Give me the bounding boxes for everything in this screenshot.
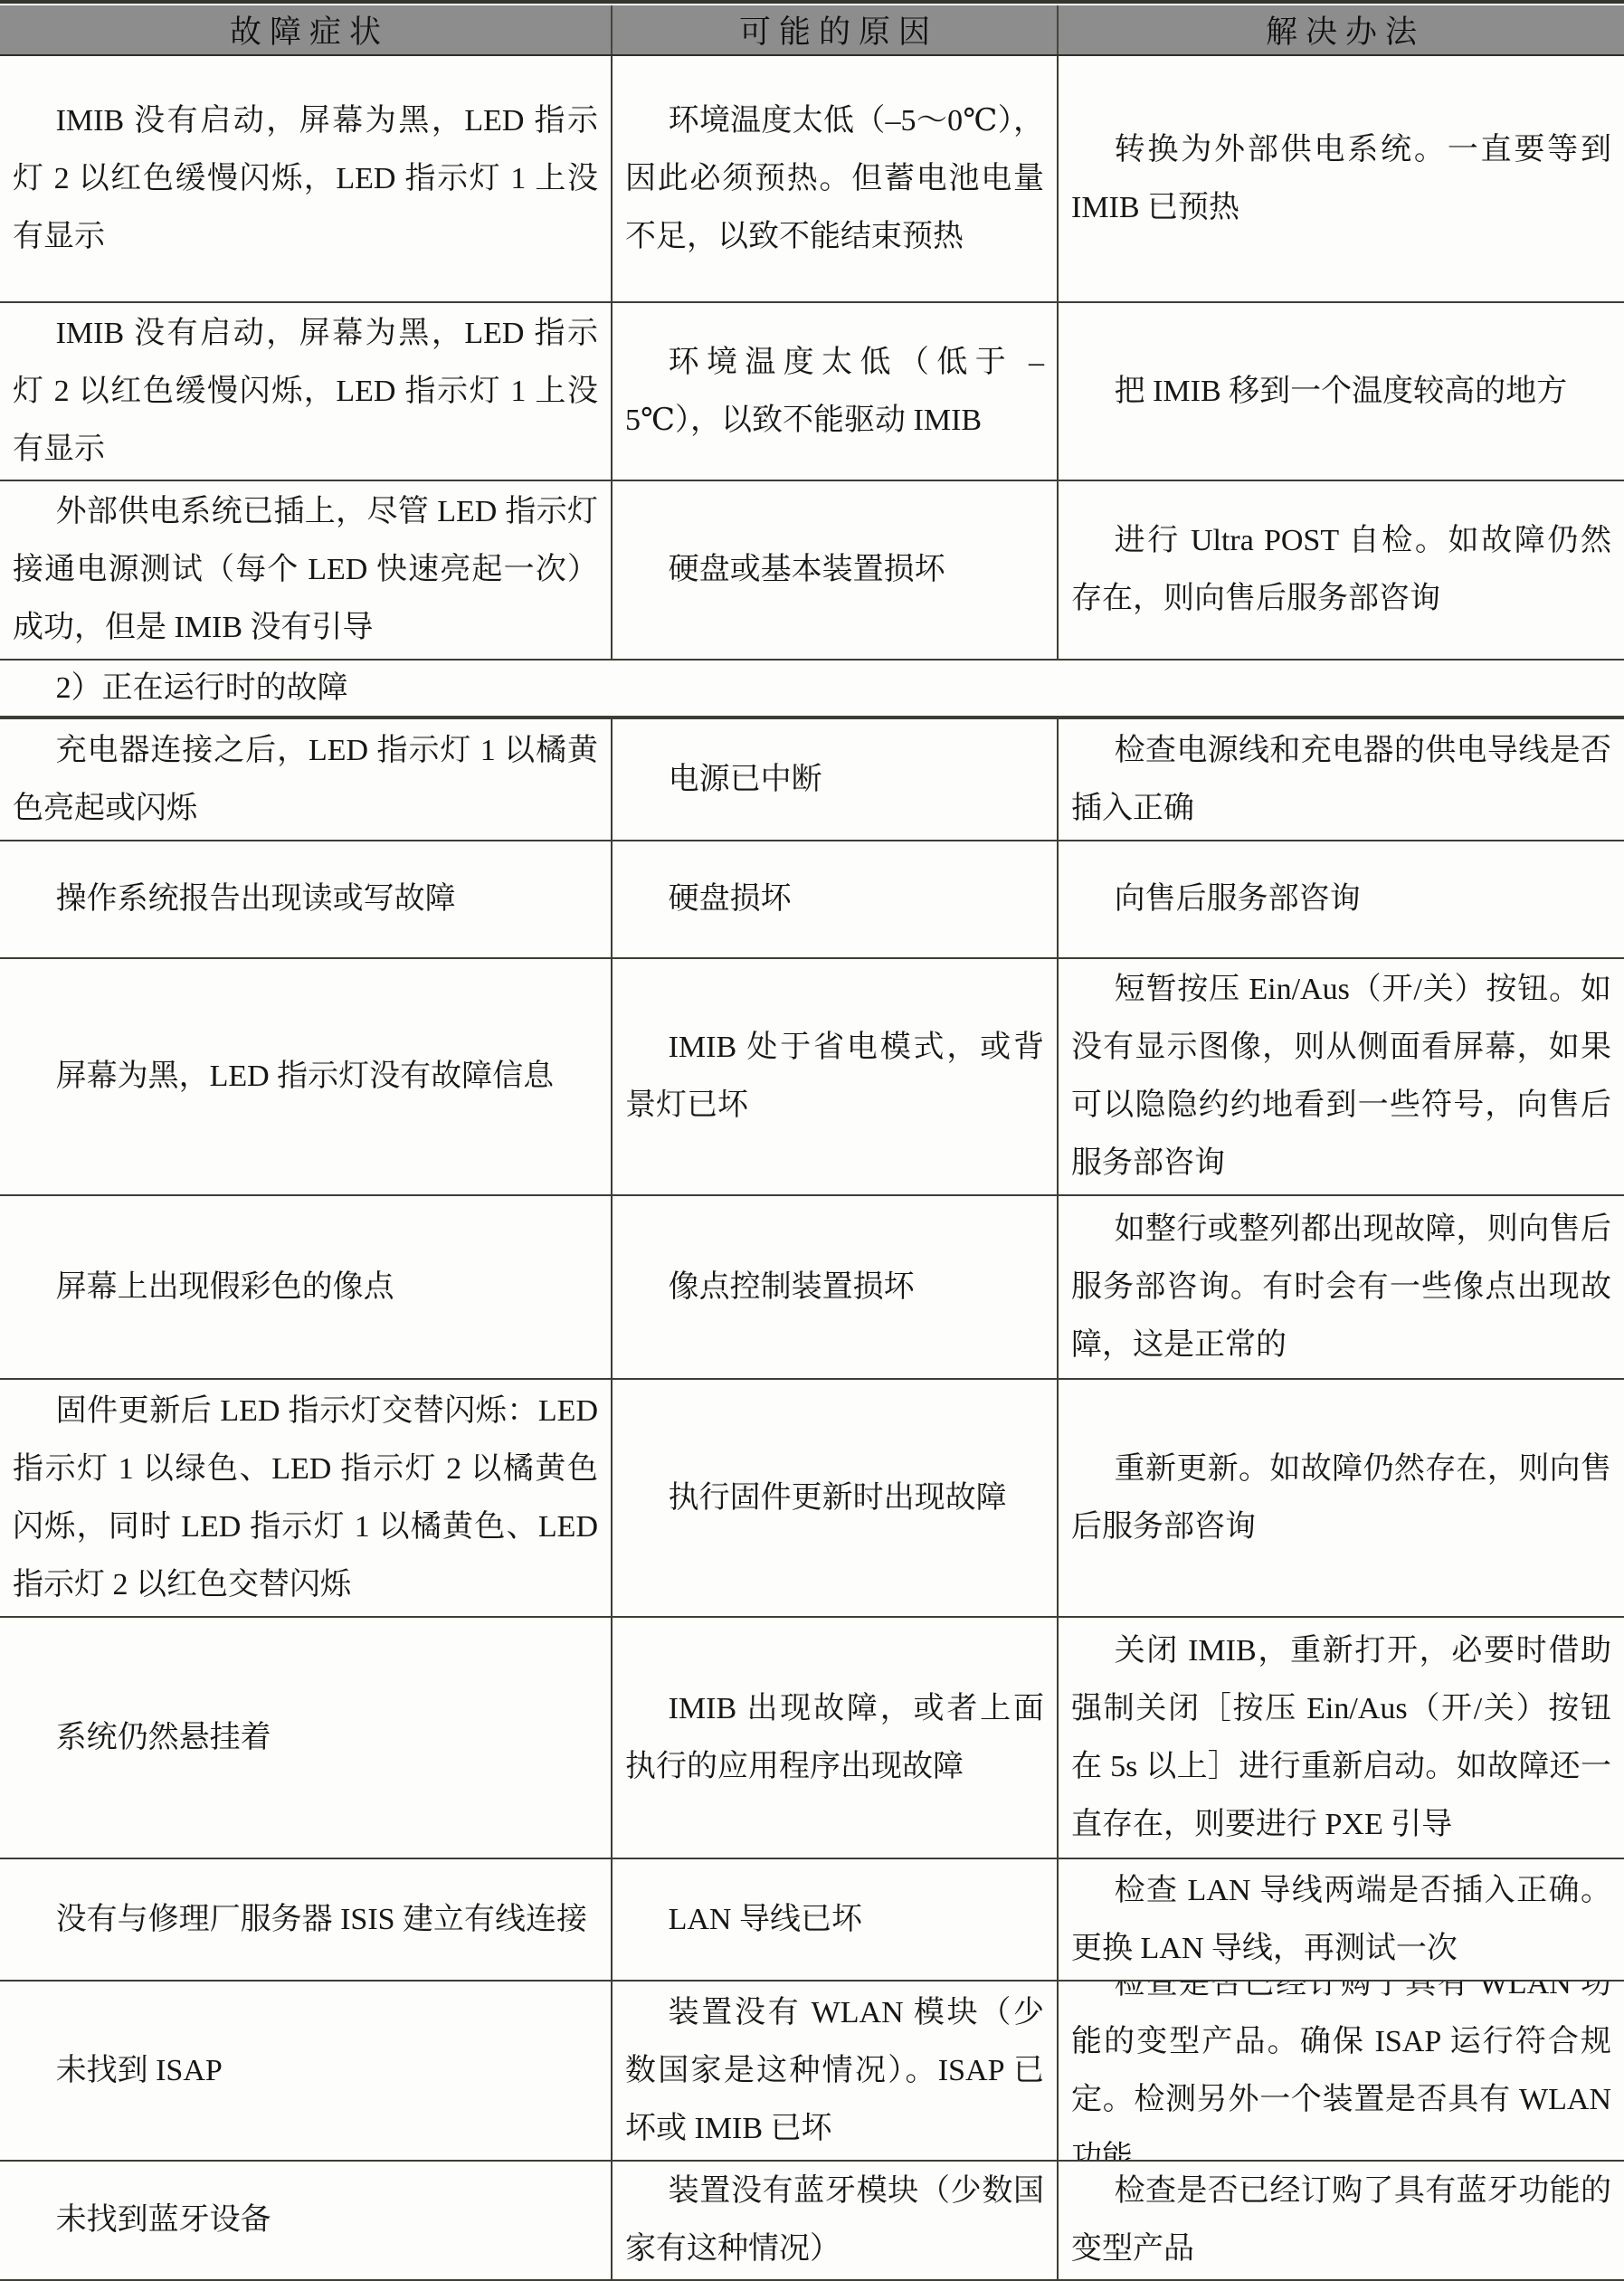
- solution-cell: 把 IMIB 移到一个温度较高的地方: [1059, 303, 1624, 480]
- solution-cell: 转换为外部供电系统。一直要等到 IMIB 已预热: [1059, 56, 1624, 301]
- symptom-cell: 屏幕上出现假彩色的像点: [0, 1196, 613, 1378]
- solution-cell: 检查电源线和充电器的供电导线是否插入正确: [1059, 719, 1624, 840]
- cause-cell-text: 像点控制装置损坏: [625, 1259, 1044, 1316]
- symptom-cell: 充电器连接之后，LED 指示灯 1 以橘黄色亮起或闪烁: [0, 719, 613, 840]
- solution-cell: 进行 Ultra POST 自检。如故障仍然存在，则向售后服务部咨询: [1059, 481, 1624, 659]
- symptom-cell: 外部供电系统已插上，尽管 LED 指示灯接通电源测试（每个 LED 快速亮起一次…: [0, 481, 613, 659]
- symptom-cell-text: 未找到 ISAP: [13, 2042, 598, 2100]
- symptom-cell-text: IMIB 没有启动，屏幕为黑，LED 指示灯 2 以红色缓慢闪烁，LED 指示灯…: [13, 92, 598, 266]
- symptom-cell-text: 没有与修理厂服务器 ISIS 建立有线连接: [13, 1891, 598, 1949]
- cause-cell-text: IMIB 处于省电模式，或背景灯已坏: [625, 1019, 1044, 1135]
- solution-cell-text: 重新更新。如故障仍然存在，则向售后服务部咨询: [1071, 1440, 1611, 1556]
- solution-cell: 向售后服务部咨询: [1059, 841, 1624, 957]
- solution-cell: 检查是否已经订购了具有 WLAN 功能的变型产品。确保 ISAP 运行符合规定。…: [1059, 1982, 1624, 2160]
- table-row: 系统仍然悬挂着IMIB 出现故障，或者上面执行的应用程序出现故障关闭 IMIB，…: [0, 1618, 1624, 1859]
- symptom-cell-text: 固件更新后 LED 指示灯交替闪烁：LED 指示灯 1 以绿色、LED 指示灯 …: [13, 1383, 598, 1614]
- solution-cell-text: 检查 LAN 导线两端是否插入正确。更换 LAN 导线，再测试一次: [1071, 1862, 1611, 1978]
- cause-cell: 电源已中断: [613, 719, 1059, 840]
- symptom-cell: 没有与修理厂服务器 ISIS 建立有线连接: [0, 1859, 613, 1980]
- table-row: 充电器连接之后，LED 指示灯 1 以橘黄色亮起或闪烁电源已中断检查电源线和充电…: [0, 719, 1624, 841]
- table-row: IMIB 没有启动，屏幕为黑，LED 指示灯 2 以红色缓慢闪烁，LED 指示灯…: [0, 56, 1624, 303]
- cause-cell-text: LAN 导线已坏: [625, 1891, 1044, 1949]
- symptom-cell: 系统仍然悬挂着: [0, 1618, 613, 1858]
- table-row: 外部供电系统已插上，尽管 LED 指示灯接通电源测试（每个 LED 快速亮起一次…: [0, 481, 1624, 661]
- table-top-rule: [0, 0, 1624, 4]
- cause-cell-text: 执行固件更新时出现故障: [625, 1469, 1044, 1527]
- solution-cell-text: 关闭 IMIB，重新打开，必要时借助强制关闭［按压 Ein/Aus（开/关）按钮…: [1071, 1622, 1611, 1854]
- symptom-cell: 屏幕为黑，LED 指示灯没有故障信息: [0, 959, 613, 1194]
- cause-cell-text: 硬盘或基本装置损坏: [625, 541, 1044, 599]
- solution-cell-text: 短暂按压 Ein/Aus（开/关）按钮。如没有显示图像，则从侧面看屏幕，如果可以…: [1071, 961, 1611, 1193]
- symptom-cell: 固件更新后 LED 指示灯交替闪烁：LED 指示灯 1 以绿色、LED 指示灯 …: [0, 1380, 613, 1616]
- column-header-symptom: 故障症状: [0, 5, 613, 54]
- column-header-cause-label: 可能的原因: [731, 7, 938, 52]
- cause-cell-text: 环境温度太低（–5～0℃），因此必须预热。但蓄电池电量不足，以致不能结束预热: [625, 92, 1044, 266]
- solution-cell: 关闭 IMIB，重新打开，必要时借助强制关闭［按压 Ein/Aus（开/关）按钮…: [1059, 1618, 1624, 1858]
- column-header-cause: 可能的原因: [613, 5, 1059, 54]
- cause-cell: 硬盘或基本装置损坏: [613, 481, 1059, 659]
- cause-cell: 装置没有蓝牙模块（少数国家有这种情况）: [613, 2162, 1059, 2279]
- column-header-symptom-label: 故障症状: [222, 7, 389, 52]
- solution-cell: 检查 LAN 导线两端是否插入正确。更换 LAN 导线，再测试一次: [1059, 1859, 1624, 1980]
- symptom-cell: 未找到蓝牙设备: [0, 2162, 613, 2279]
- table-row: 固件更新后 LED 指示灯交替闪烁：LED 指示灯 1 以绿色、LED 指示灯 …: [0, 1380, 1624, 1618]
- cause-cell-text: 硬盘损坏: [625, 870, 1044, 928]
- symptom-cell: 操作系统报告出现读或写故障: [0, 841, 613, 957]
- symptom-cell-text: 操作系统报告出现读或写故障: [13, 870, 598, 928]
- cause-cell: 硬盘损坏: [613, 841, 1059, 957]
- solution-cell: 如整行或整列都出现故障，则向售后服务部咨询。有时会有一些像点出现故障，这是正常的: [1059, 1196, 1624, 1378]
- symptom-cell: IMIB 没有启动，屏幕为黑，LED 指示灯 2 以红色缓慢闪烁，LED 指示灯…: [0, 303, 613, 480]
- cause-cell: 装置没有 WLAN 模块（少数国家是这种情况）。ISAP 已坏或 IMIB 已坏: [613, 1982, 1059, 2160]
- symptom-cell: 未找到 ISAP: [0, 1982, 613, 2160]
- table-header-row: 故障症状 可能的原因 解决办法: [0, 5, 1624, 56]
- column-header-solution: 解决办法: [1059, 5, 1624, 54]
- troubleshooting-table: 故障症状 可能的原因 解决办法 IMIB 没有启动，屏幕为黑，LED 指示灯 2…: [0, 0, 1624, 2281]
- solution-cell-text: 把 IMIB 移到一个温度较高的地方: [1071, 363, 1611, 421]
- solution-cell: 短暂按压 Ein/Aus（开/关）按钮。如没有显示图像，则从侧面看屏幕，如果可以…: [1059, 959, 1624, 1194]
- symptom-cell-text: 系统仍然悬挂着: [13, 1709, 598, 1767]
- solution-cell: 重新更新。如故障仍然存在，则向售后服务部咨询: [1059, 1380, 1624, 1616]
- solution-cell-text: 检查是否已经订购了具有蓝牙功能的变型产品: [1071, 2162, 1611, 2278]
- section-row: 2）正在运行时的故障: [0, 661, 1624, 719]
- table-row: 屏幕为黑，LED 指示灯没有故障信息IMIB 处于省电模式，或背景灯已坏短暂按压…: [0, 959, 1624, 1196]
- cause-cell-text: 电源已中断: [625, 751, 1044, 809]
- table-row: 操作系统报告出现读或写故障硬盘损坏向售后服务部咨询: [0, 841, 1624, 959]
- symptom-cell-text: 屏幕上出现假彩色的像点: [13, 1259, 598, 1316]
- cause-cell-text: 环境温度太低（低于 –5℃），以致不能驱动 IMIB: [625, 334, 1044, 450]
- solution-cell-text: 向售后服务部咨询: [1071, 870, 1611, 928]
- solution-cell: 检查是否已经订购了具有蓝牙功能的变型产品: [1059, 2162, 1624, 2279]
- table-row: IMIB 没有启动，屏幕为黑，LED 指示灯 2 以红色缓慢闪烁，LED 指示灯…: [0, 303, 1624, 481]
- cause-cell-text: IMIB 出现故障，或者上面执行的应用程序出现故障: [625, 1680, 1044, 1796]
- solution-cell-text: 进行 Ultra POST 自检。如故障仍然存在，则向售后服务部咨询: [1071, 512, 1611, 628]
- cause-cell: LAN 导线已坏: [613, 1859, 1059, 1980]
- column-header-solution-label: 解决办法: [1258, 7, 1425, 52]
- solution-cell-text: 检查电源线和充电器的供电导线是否插入正确: [1071, 722, 1611, 838]
- cause-cell: 像点控制装置损坏: [613, 1196, 1059, 1378]
- cause-cell: IMIB 处于省电模式，或背景灯已坏: [613, 959, 1059, 1194]
- section-label: 2）正在运行时的故障: [0, 661, 1624, 716]
- cause-cell: 环境温度太低（–5～0℃），因此必须预热。但蓄电池电量不足，以致不能结束预热: [613, 56, 1059, 301]
- cause-cell: 环境温度太低（低于 –5℃），以致不能驱动 IMIB: [613, 303, 1059, 480]
- symptom-cell-text: 未找到蓝牙设备: [13, 2191, 598, 2249]
- cause-cell: IMIB 出现故障，或者上面执行的应用程序出现故障: [613, 1618, 1059, 1858]
- solution-cell-text: 转换为外部供电系统。一直要等到 IMIB 已预热: [1071, 121, 1611, 237]
- section-label-text: 2）正在运行时的故障: [13, 661, 1611, 716]
- cause-cell-text: 装置没有 WLAN 模块（少数国家是这种情况）。ISAP 已坏或 IMIB 已坏: [625, 1984, 1044, 2158]
- table-row: 屏幕上出现假彩色的像点像点控制装置损坏如整行或整列都出现故障，则向售后服务部咨询…: [0, 1196, 1624, 1380]
- solution-cell-text: 检查是否已经订购了具有 WLAN 功能的变型产品。确保 ISAP 运行符合规定。…: [1071, 1982, 1611, 2160]
- symptom-cell-text: 外部供电系统已插上，尽管 LED 指示灯接通电源测试（每个 LED 快速亮起一次…: [13, 483, 598, 657]
- table-row: 未找到 ISAP装置没有 WLAN 模块（少数国家是这种情况）。ISAP 已坏或…: [0, 1982, 1624, 2162]
- cause-cell-text: 装置没有蓝牙模块（少数国家有这种情况）: [625, 2162, 1044, 2278]
- table-row: 未找到蓝牙设备装置没有蓝牙模块（少数国家有这种情况）检查是否已经订购了具有蓝牙功…: [0, 2162, 1624, 2281]
- table-row: 没有与修理厂服务器 ISIS 建立有线连接LAN 导线已坏检查 LAN 导线两端…: [0, 1859, 1624, 1982]
- solution-cell-text: 如整行或整列都出现故障，则向售后服务部咨询。有时会有一些像点出现故障，这是正常的: [1071, 1201, 1611, 1374]
- symptom-cell: IMIB 没有启动，屏幕为黑，LED 指示灯 2 以红色缓慢闪烁，LED 指示灯…: [0, 56, 613, 301]
- symptom-cell-text: IMIB 没有启动，屏幕为黑，LED 指示灯 2 以红色缓慢闪烁，LED 指示灯…: [13, 305, 598, 479]
- cause-cell: 执行固件更新时出现故障: [613, 1380, 1059, 1616]
- symptom-cell-text: 屏幕为黑，LED 指示灯没有故障信息: [13, 1048, 598, 1106]
- table-body: IMIB 没有启动，屏幕为黑，LED 指示灯 2 以红色缓慢闪烁，LED 指示灯…: [0, 56, 1624, 2281]
- symptom-cell-text: 充电器连接之后，LED 指示灯 1 以橘黄色亮起或闪烁: [13, 722, 598, 838]
